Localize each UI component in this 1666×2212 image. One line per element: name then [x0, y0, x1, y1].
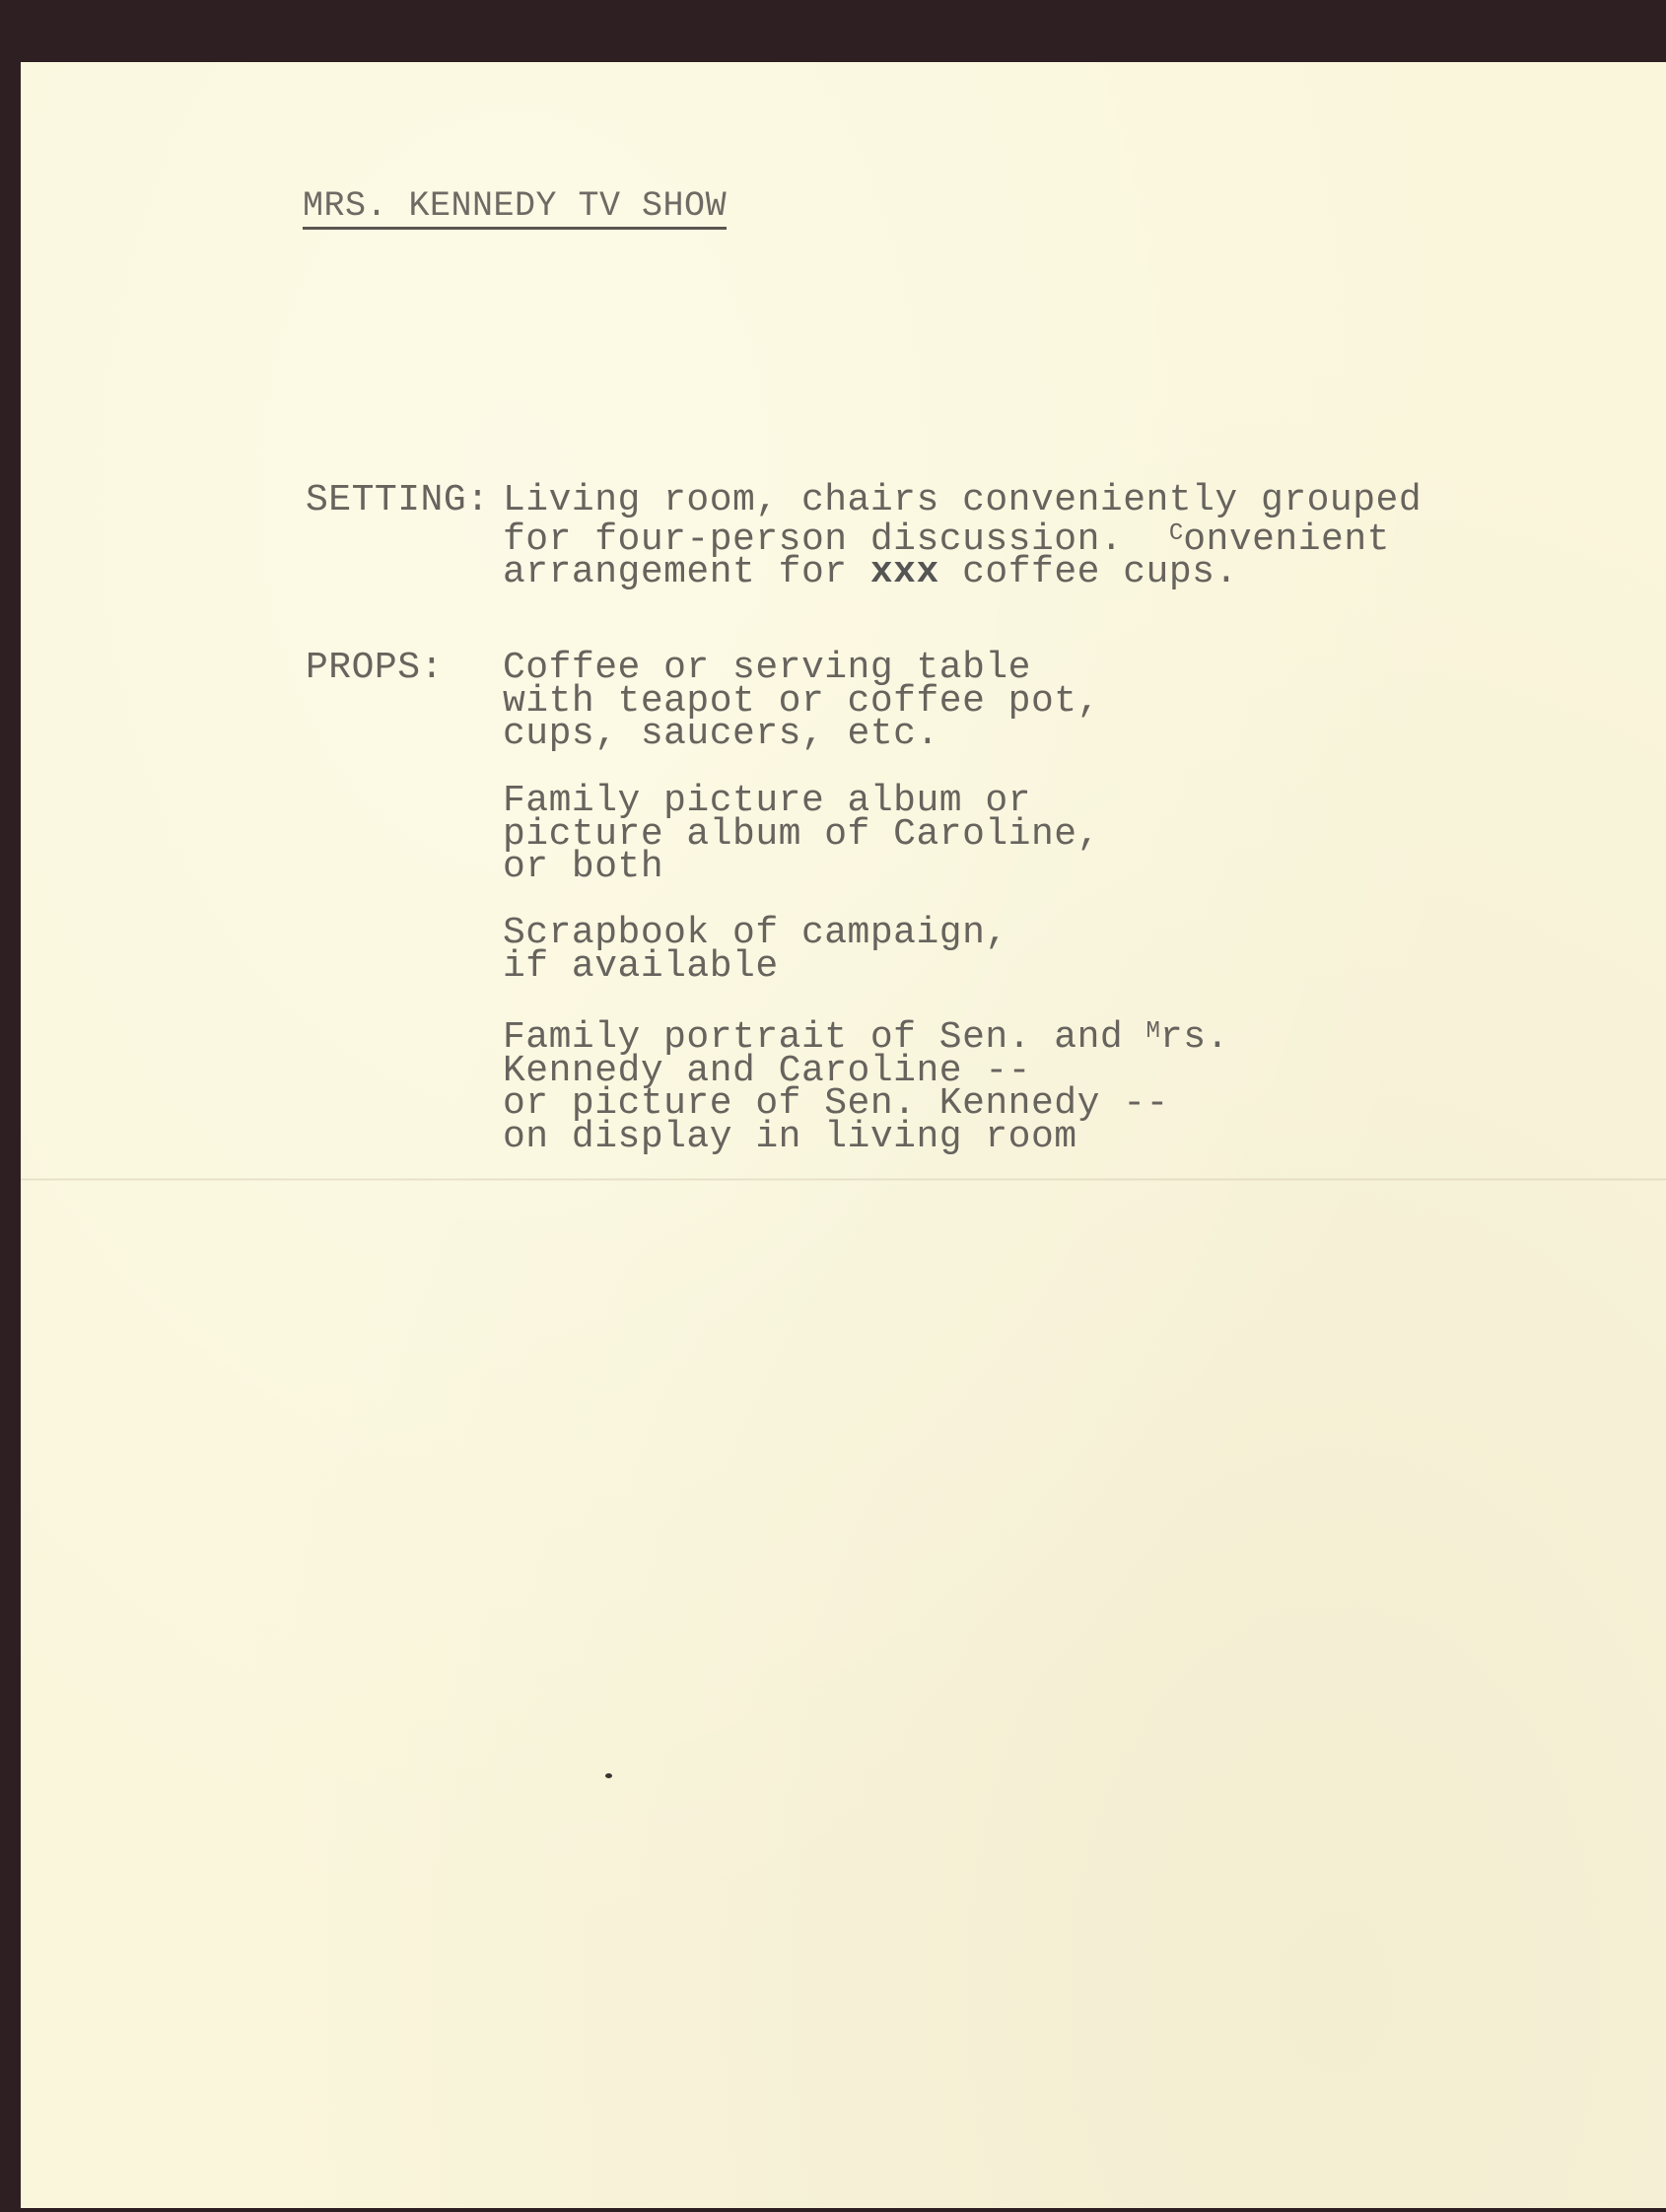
setting-line-3: arrangement for xxx coffee cups.	[503, 551, 1238, 593]
correction-c: C	[1169, 520, 1183, 547]
setting-text: Living room, chairs conveniently grouped…	[503, 484, 1422, 589]
prop-item-4: Family portrait of Sen. and Mrs. Kennedy…	[503, 1015, 1229, 1153]
props-label: PROPS:	[306, 652, 444, 685]
correction-m: M	[1146, 1018, 1160, 1045]
prop-item-3: Scrapbook of campaign, if available	[503, 917, 1008, 983]
ink-speck	[605, 1773, 612, 1778]
document-title: MRS. KENNEDY TV SHOW	[303, 189, 727, 230]
fold-crease	[21, 1178, 1666, 1181]
struck-out-text: xxx	[870, 551, 939, 593]
prop-item-1: Coffee or serving table with teapot or c…	[503, 652, 1100, 751]
setting-label: SETTING:	[306, 484, 489, 518]
setting-line-1: Living room, chairs conveniently grouped	[503, 479, 1422, 521]
prop-item-2: Family picture album or picture album of…	[503, 785, 1100, 884]
